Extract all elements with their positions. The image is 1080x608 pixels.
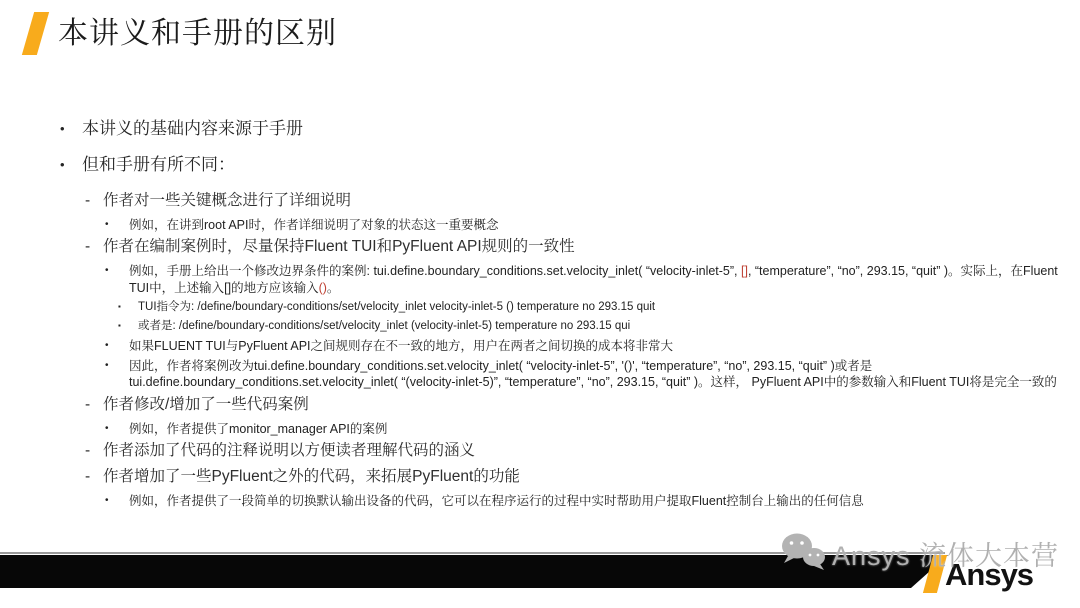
bullet-marker: - [85,467,103,487]
title-accent-slash-icon [22,12,49,55]
bullet-marker: • [60,154,82,173]
list-item-text: 但和手册有所不同： [82,154,1062,176]
bullet-marker: • [105,338,129,352]
list-item-text: 例如，手册上给出一个修改边界条件的案例: tui.define.boundary… [129,263,1062,296]
list-item-text: 或者是: /define/boundary-conditions/set/vel… [138,319,1062,334]
list-item-text: TUI指令为: /define/boundary-conditions/set/… [138,300,1062,315]
bullet-marker: - [85,191,103,211]
bullet-list: •本讲义的基础内容来源于手册•但和手册有所不同：-作者对一些关键概念进行了详细说… [60,118,1062,513]
wechat-icon [778,530,828,576]
list-item-text: 因此，作者将案例改为tui.define.boundary_conditions… [129,358,1062,391]
list-item: -作者修改/增加了一些代码案例 [60,395,1062,415]
list-item: -作者对一些关键概念进行了详细说明 [60,191,1062,211]
list-item: •例如，作者提供了monitor_manager API的案例 [60,421,1062,437]
list-item: •本讲义的基础内容来源于手册 [60,118,1062,140]
list-item-text: 作者在编制案例时，尽量保持Fluent TUI和PyFluent API规则的一… [103,237,1062,257]
list-item-text: 作者添加了代码的注释说明以方便读者理解代码的涵义 [103,441,1062,461]
bullet-marker: • [105,217,129,231]
list-item-text: 例如，作者提供了monitor_manager API的案例 [129,421,1062,437]
bullet-marker: ▪ [118,300,138,312]
list-item-text: 作者修改/增加了一些代码案例 [103,395,1062,415]
bullet-marker: • [105,493,129,507]
list-item: •如果FLUENT TUI与PyFluent API之间规则存在不一致的地方，用… [60,338,1062,354]
bullet-marker: - [85,395,103,415]
watermark-text: Ansys 流体大本营 [832,534,1059,573]
slide-header: 本讲义和手册的区别 [22,12,337,55]
list-item-text: 例如，作者提供了一段简单的切换默认输出设备的代码，它可以在程序运行的过程中实时帮… [129,493,1062,509]
list-item: -作者添加了代码的注释说明以方便读者理解代码的涵义 [60,441,1062,461]
list-item: •例如，作者提供了一段简单的切换默认输出设备的代码，它可以在程序运行的过程中实时… [60,493,1062,509]
list-item-text: 例如，在讲到root API时，作者详细说明了对象的状态这一重要概念 [129,217,1062,233]
list-item: -作者增加了一些PyFluent之外的代码，来拓展PyFluent的功能 [60,467,1062,487]
bullet-marker: • [105,263,129,277]
list-item: ▪TUI指令为: /define/boundary-conditions/set… [60,300,1062,315]
list-item: •因此，作者将案例改为tui.define.boundary_condition… [60,358,1062,391]
list-item-text: 如果FLUENT TUI与PyFluent API之间规则存在不一致的地方，用户… [129,338,1062,354]
list-item-text: 作者增加了一些PyFluent之外的代码，来拓展PyFluent的功能 [103,467,1062,487]
slide: 本讲义和手册的区别 •本讲义的基础内容来源于手册•但和手册有所不同：-作者对一些… [0,0,1080,608]
bullet-marker: • [105,358,129,372]
bullet-marker: • [105,421,129,435]
list-item: •例如，在讲到root API时，作者详细说明了对象的状态这一重要概念 [60,217,1062,233]
list-item-text: 作者对一些关键概念进行了详细说明 [103,191,1062,211]
bullet-marker: - [85,237,103,257]
list-item: •例如，手册上给出一个修改边界条件的案例: tui.define.boundar… [60,263,1062,296]
bullet-marker: ▪ [118,319,138,331]
list-item: ▪或者是: /define/boundary-conditions/set/ve… [60,319,1062,334]
slide-title: 本讲义和手册的区别 [58,17,337,50]
watermark: Ansys 流体大本营 [778,530,1059,576]
list-item-text: 本讲义的基础内容来源于手册 [82,118,1062,140]
list-item: •但和手册有所不同： [60,154,1062,176]
list-item: -作者在编制案例时，尽量保持Fluent TUI和PyFluent API规则的… [60,237,1062,257]
bullet-marker: • [60,118,82,137]
bullet-marker: - [85,441,103,461]
